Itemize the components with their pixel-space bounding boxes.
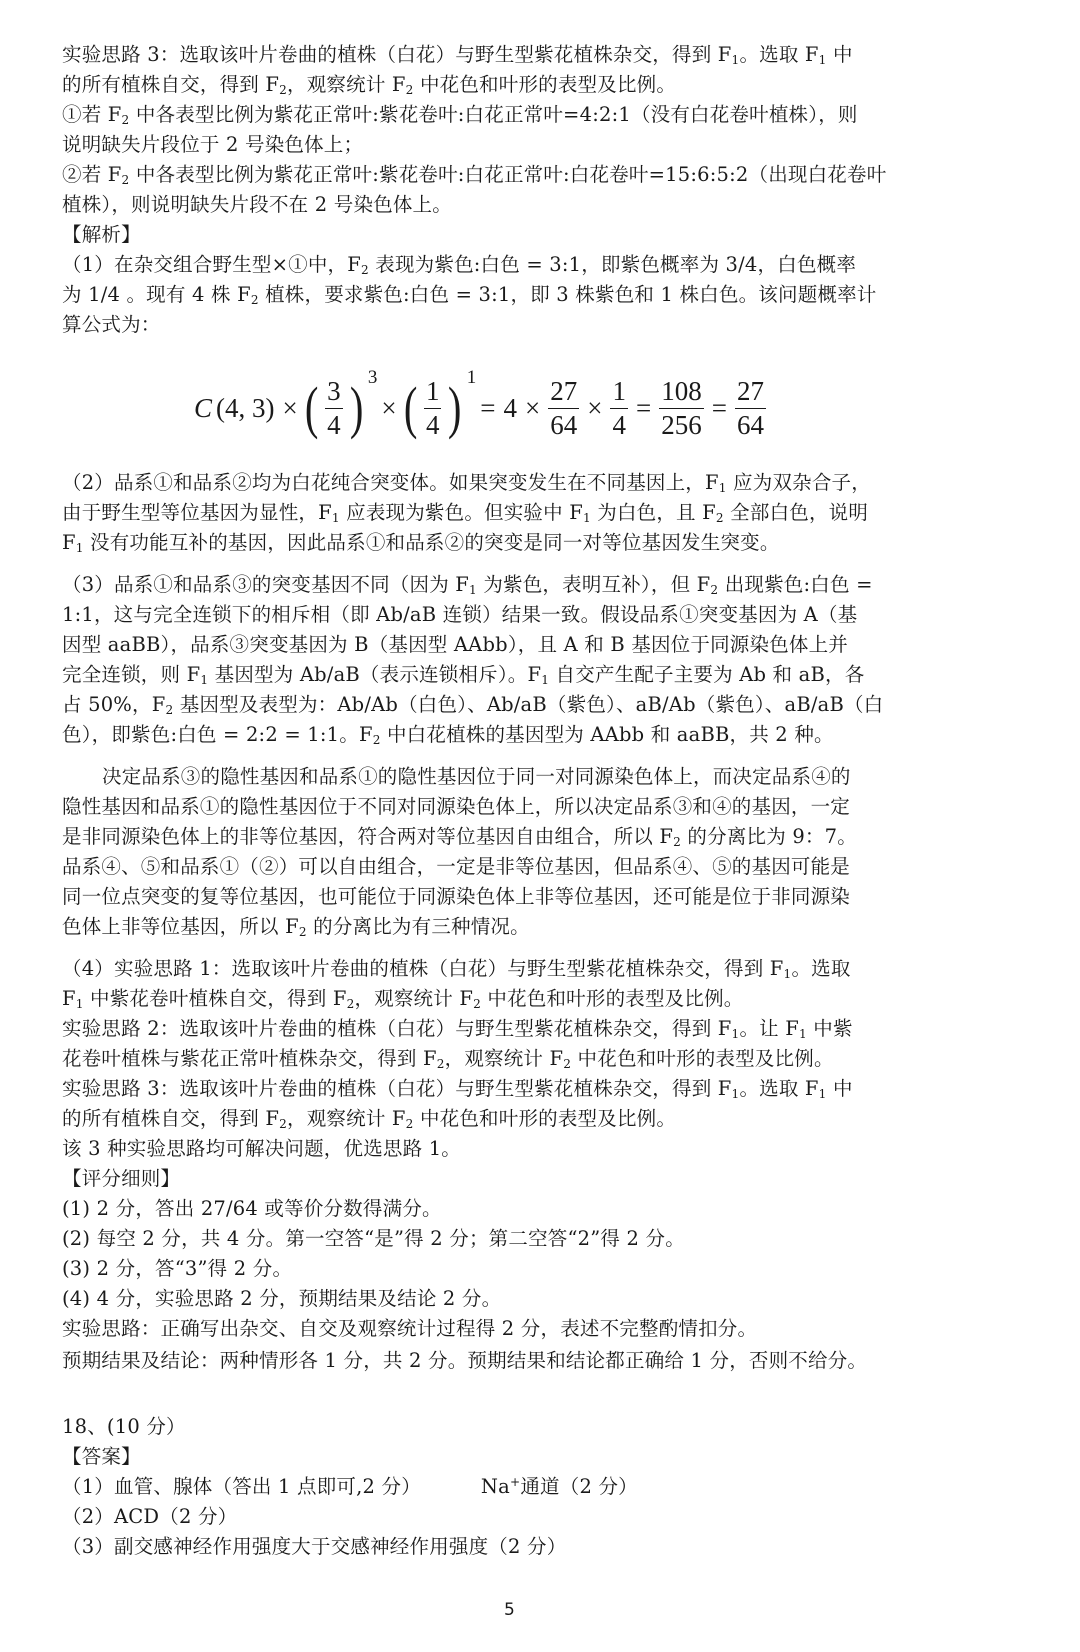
scoring-item: 预期结果及结论：两种情形各 1 分，共 2 分。预期结果和结论都正确给 1 分，…	[62, 1346, 867, 1376]
text-line: 决定品系③的隐性基因和品系①的隐性基因位于同一对同源染色体上，而决定品系④的	[102, 762, 851, 792]
scoring-item: (1) 2 分，答出 27/64 或等价分数得满分。	[62, 1194, 442, 1224]
text-line: 实验思路 2：选取该叶片卷曲的植株（白花）与野生型紫花植株杂交，得到 F1。让 …	[62, 1014, 853, 1044]
text-line: 由于野生型等位基因为显性，F1 应表现为紫色。但实验中 F1 为白色，且 F2 …	[62, 498, 868, 528]
text-line: （1）在杂交组合野生型×①中，F2 表现为紫色:白色 = 3:1，即紫色概率为 …	[62, 250, 856, 280]
text-line: 1:1，这与完全连锁下的相斥相（即 Ab/aB 连锁）结果一致。假设品系①突变基…	[62, 600, 857, 630]
question-18-title: 18、(10 分）	[62, 1412, 186, 1442]
answer-heading: 【答案】	[62, 1442, 141, 1472]
text-line: F1 没有功能互补的基因，因此品系①和品系②的突变是同一对等位基因发生突变。	[62, 528, 780, 558]
scoring-item: (4) 4 分，实验思路 2 分，预期结果及结论 2 分。	[62, 1284, 501, 1314]
text-line: 该 3 种实验思路均可解决问题，优选思路 1。	[62, 1134, 461, 1164]
text-line: 说明缺失片段位于 2 号染色体上；	[62, 130, 363, 160]
text-line: 算公式为：	[62, 310, 161, 340]
scoring-item: (3) 2 分，答“3”得 2 分。	[62, 1254, 292, 1284]
text-line: 完全连锁，则 F1 基因型为 Ab/aB（表示连锁相斥）。F1 自交产生配子主要…	[62, 660, 864, 690]
answer-item: （3）副交感神经作用强度大于交感神经作用强度（2 分）	[62, 1532, 566, 1562]
answer-item: （1）血管、腺体（答出 1 点即可,2 分）Na+通道（2 分）	[62, 1472, 638, 1502]
text-line: 实验思路 3：选取该叶片卷曲的植株（白花）与野生型紫花植株杂交，得到 F1。选取…	[62, 40, 853, 70]
text-line: 实验思路 3：选取该叶片卷曲的植株（白花）与野生型紫花植株杂交，得到 F1。选取…	[62, 1074, 853, 1104]
page-number: 5	[504, 1600, 515, 1620]
text-line: （4）实验思路 1：选取该叶片卷曲的植株（白花）与野生型紫花植株杂交，得到 F1…	[62, 954, 851, 984]
scoring-item: (2) 每空 2 分，共 4 分。第一空答“是”得 2 分；第二空答“2”得 2…	[62, 1224, 685, 1254]
scoring-heading: 【评分细则】	[62, 1164, 180, 1194]
text-line: 为 1/4 。现有 4 株 F2 植株，要求紫色:白色 = 3:1，即 3 株紫…	[62, 280, 877, 310]
text-line: ①若 F2 中各表型比例为紫花正常叶:紫花卷叶:白花正常叶=4:2:1（没有白花…	[62, 100, 858, 130]
text-line: F1 中紫花卷叶植株自交，得到 F2，观察统计 F2 中花色和叶形的表型及比例。	[62, 984, 743, 1014]
answer-item: （2）ACD（2 分）	[62, 1502, 237, 1532]
text-line: ②若 F2 中各表型比例为紫花正常叶:紫花卷叶:白花正常叶:白花卷叶=15:6:…	[62, 160, 886, 190]
text-line: 因型 aaBB），品系③突变基因为 B（基因型 AAbb），且 A 和 B 基因…	[62, 630, 848, 660]
probability-formula: C(4, 3) × ( 34 ) 3 × ( 14 ) 1 = 4 × 2764…	[190, 358, 890, 458]
text-line: 色体上非等位基因，所以 F2 的分离比为有三种情况。	[62, 912, 530, 942]
text-line: 花卷叶植株与紫花正常叶植株杂交，得到 F2，观察统计 F2 中花色和叶形的表型及…	[62, 1044, 834, 1074]
text-line: 品系④、⑤和品系①（②）可以自由组合，一定是非等位基因，但品系④、⑤的基因可能是	[62, 852, 850, 882]
text-line: 隐性基因和品系①的隐性基因位于不同对同源染色体上，所以决定品系③和④的基因，一定	[62, 792, 850, 822]
text-line: （2）品系①和品系②均为白花纯合突变体。如果突变发生在不同基因上，F1 应为双杂…	[62, 468, 871, 498]
scoring-item: 实验思路：正确写出杂交、自交及观察统计过程得 2 分，表述不完整酌情扣分。	[62, 1314, 757, 1344]
text-line: 是非同源染色体上的非等位基因，符合两对等位基因自由组合，所以 F2 的分离比为 …	[62, 822, 857, 852]
analysis-heading: 【解析】	[62, 220, 141, 250]
text-line: 同一位点突变的复等位基因，也可能位于同源染色体上非等位基因，还可能是位于非同源染	[62, 882, 850, 912]
text-line: 的所有植株自交，得到 F2，观察统计 F2 中花色和叶形的表型及比例。	[62, 70, 676, 100]
text-line: 色），即紫色:白色 = 2:2 = 1:1。F2 中白花植株的基因型为 AAbb…	[62, 720, 834, 750]
text-line: 占 50%，F2 基因型及表型为：Ab/Ab（白色）、Ab/aB（紫色）、aB/…	[62, 690, 883, 720]
text-line: 植株），则说明缺失片段不在 2 号染色体上。	[62, 190, 452, 220]
text-line: （3）品系①和品系③的突变基因不同（因为 F1 为紫色，表明互补），但 F2 出…	[62, 570, 873, 600]
text-line: 的所有植株自交，得到 F2，观察统计 F2 中花色和叶形的表型及比例。	[62, 1104, 676, 1134]
